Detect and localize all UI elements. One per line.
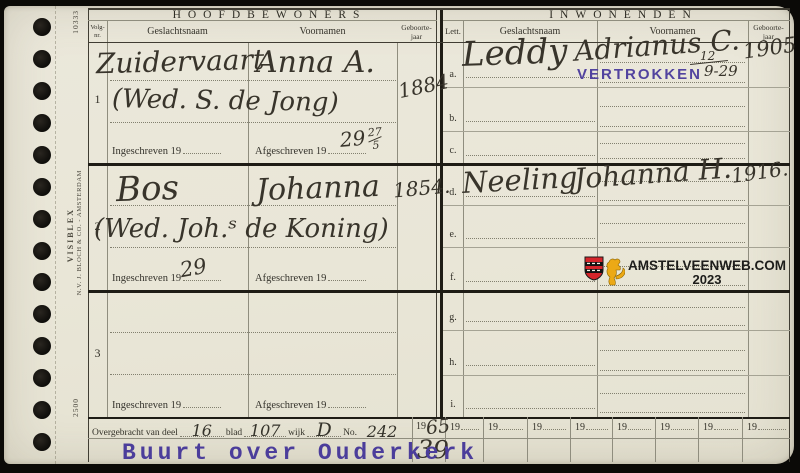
year-prefix: 19 xyxy=(660,422,670,433)
writing-line xyxy=(466,408,595,409)
handwritten-widow-note: (Wed. S. de Jong) xyxy=(112,86,339,116)
writing-line xyxy=(110,122,396,123)
inwonende-row-h: h. xyxy=(443,330,790,375)
year-cell: 19 xyxy=(747,421,786,433)
dotted-blank xyxy=(628,421,651,430)
col-header-lett: Lett. xyxy=(443,24,463,38)
dotted-blank xyxy=(499,421,523,430)
print-code-bottom: 2500 xyxy=(71,398,80,417)
divider xyxy=(698,417,699,462)
divider xyxy=(483,417,484,462)
dotted-blank xyxy=(543,421,566,430)
punch-hole xyxy=(33,178,51,196)
year-prefix: 19 xyxy=(575,422,585,433)
perforation-line xyxy=(55,6,56,464)
handwritten-blad: 107 xyxy=(244,426,286,437)
label-text: Ingeschreven 19 xyxy=(112,400,181,411)
afgeschreven-year: 29 xyxy=(339,126,366,152)
row-letter: i. xyxy=(443,399,463,410)
writing-line xyxy=(110,247,396,248)
divider xyxy=(570,417,571,462)
maker-company-vertical: N.V. J. BLOCH & CO. - AMSTERDAM xyxy=(76,170,83,295)
dotted-blank xyxy=(183,398,221,408)
punch-hole xyxy=(33,114,51,132)
writing-line xyxy=(466,365,595,366)
writing-line xyxy=(600,393,745,394)
handwritten-surname: Bos xyxy=(115,171,179,207)
watermark-site: AMSTELVEENWEB.COM xyxy=(628,259,786,273)
writing-line xyxy=(466,281,595,282)
transfer-label: Overgebracht van deel xyxy=(92,428,178,438)
year-prefix: 19 xyxy=(532,422,542,433)
writing-line xyxy=(466,321,595,322)
row-letter: g. xyxy=(443,312,463,323)
section-title-hoofdbewoners: HOOFDBEWONERS xyxy=(88,8,444,21)
divider xyxy=(527,417,528,462)
vertrokken-stamp: VERTROKKEN xyxy=(577,66,702,83)
writing-line xyxy=(600,370,745,371)
dotted-blank xyxy=(328,271,366,281)
year-prefix: 19 xyxy=(617,422,627,433)
col-header-geboortejaar: Geboorte-jaar xyxy=(397,23,436,41)
writing-line xyxy=(466,238,595,239)
punch-hole xyxy=(33,337,51,355)
hoofdbewoner-row-3: 3 Ingeschreven 19 Afgeschreven 19 xyxy=(88,290,437,417)
label-text: Ingeschreven 19 xyxy=(112,273,181,284)
handwritten-widow-note: (Wed. Joh.ˢ de Koning) xyxy=(94,216,389,242)
handwritten-deel: 16 xyxy=(180,426,224,437)
col-header-voornamen: Voornamen xyxy=(248,24,397,38)
dotted-blank xyxy=(758,421,786,430)
dotted-blank xyxy=(586,421,608,430)
punch-hole xyxy=(33,305,51,323)
handwritten-surname: Leddy xyxy=(461,34,568,72)
afgeschreven-fraction: 275 xyxy=(367,127,383,151)
row-number: 3 xyxy=(88,346,107,361)
handwritten-firstnames: Johanna xyxy=(256,172,381,206)
handwritten-wijk: D xyxy=(307,425,341,437)
year-prefix: 19 xyxy=(488,422,498,433)
year-cell: 19 xyxy=(532,421,566,433)
row-number: 1 xyxy=(88,92,107,107)
year-prefix: 19 xyxy=(703,422,713,433)
label-text: Afgeschreven 19 xyxy=(255,400,326,411)
inwonende-row-e: e. xyxy=(443,205,790,247)
handwritten-surname: Neeling xyxy=(461,163,578,198)
writing-line xyxy=(110,374,396,375)
writing-line xyxy=(110,80,396,81)
writing-line xyxy=(110,332,396,333)
lion-icon xyxy=(601,256,625,286)
inwonende-row-c: c. xyxy=(443,131,790,163)
punch-hole xyxy=(33,433,51,451)
departure-month-year: 9-29 xyxy=(704,64,738,79)
label-text: Ingeschreven 19 xyxy=(112,146,181,157)
fraction-denominator: 5 xyxy=(372,140,380,150)
writing-line xyxy=(600,325,745,326)
dotted-blank xyxy=(671,421,694,430)
afgeschreven-label: Afgeschreven 19 xyxy=(255,271,366,284)
dotted-blank xyxy=(714,421,738,430)
inwonende-row-b: b. xyxy=(443,87,790,131)
writing-line xyxy=(600,242,745,243)
label-text: Afgeschreven 19 xyxy=(255,146,326,157)
year-prefix: 19 xyxy=(450,422,460,433)
section-title-inwonenden: INWONENDEN xyxy=(443,8,797,21)
departure-day: 12 xyxy=(700,50,715,62)
row-letter: f. xyxy=(443,272,463,283)
afgeschreven-label: Afgeschreven 19 xyxy=(255,398,366,411)
punch-hole xyxy=(33,401,51,419)
row-letter: e. xyxy=(443,229,463,240)
year-prefix: 19 xyxy=(747,422,757,433)
writing-line xyxy=(466,77,595,78)
col-header-geslachtsnaam: Geslachtsnaam xyxy=(107,24,248,38)
handwritten-ingeschreven-year: 29 xyxy=(178,256,208,281)
label-text: Afgeschreven 19 xyxy=(255,273,326,284)
divider xyxy=(742,417,743,462)
punch-hole xyxy=(33,369,51,387)
scanned-register-card: { "colors":{"paper":"#eae7d9","ink":"#38… xyxy=(0,0,800,473)
transfer-row: Overgebracht van deel 16 blad 107 wijk D… xyxy=(92,420,410,438)
blad-label: blad xyxy=(226,428,242,438)
handwritten-birthyear: 1854. xyxy=(392,176,451,201)
print-code-top: 10333 xyxy=(71,10,80,34)
row-letter: b. xyxy=(443,113,463,124)
writing-line xyxy=(600,412,745,413)
handwritten-afgeschreven-date: 29275 xyxy=(339,126,383,153)
punch-hole xyxy=(33,82,51,100)
watermark: AMSTELVEENWEB.COM 2023 xyxy=(584,256,786,287)
dotted-blank xyxy=(183,144,221,154)
writing-line xyxy=(600,307,745,308)
year-cell: 19 xyxy=(450,421,479,433)
inwonende-row-i: i. xyxy=(443,375,790,417)
year-cell: 19 xyxy=(575,421,608,433)
maker-name-vertical: VISIBLEX xyxy=(66,208,75,262)
year-cell: 19 xyxy=(488,421,523,433)
writing-line xyxy=(600,143,745,144)
writing-line xyxy=(600,126,745,127)
wijk-label: wijk xyxy=(288,428,305,438)
handwritten-surname: Zuidervaart xyxy=(96,46,265,78)
punch-hole xyxy=(33,242,51,260)
punch-hole xyxy=(33,50,51,68)
writing-line xyxy=(466,155,595,156)
row-letter: c. xyxy=(443,145,463,156)
buurt-stamp: Buurt over Ouderkerk xyxy=(122,440,478,466)
divider xyxy=(655,417,656,462)
handwritten-no: 242 xyxy=(359,427,405,437)
punch-hole xyxy=(33,210,51,228)
dotted-blank xyxy=(461,421,479,430)
writing-line xyxy=(600,106,745,107)
year-cell: 19 xyxy=(703,421,738,433)
punch-hole xyxy=(33,146,51,164)
watermark-year: 2023 xyxy=(628,273,786,287)
handwritten-firstnames: Anna A. xyxy=(256,48,375,78)
ingeschreven-label: Ingeschreven 19 xyxy=(112,144,221,157)
col-header-volgnr: Volg-nr. xyxy=(88,23,107,41)
no-label: No. xyxy=(343,428,357,438)
punch-hole xyxy=(33,18,51,36)
writing-line xyxy=(466,121,595,122)
year-cell: 19 xyxy=(617,421,651,433)
divider xyxy=(612,417,613,462)
writing-line xyxy=(600,200,745,201)
writing-line xyxy=(600,223,745,224)
year-cell: 19 xyxy=(660,421,694,433)
dotted-blank xyxy=(328,398,366,408)
row-letter: h. xyxy=(443,357,463,368)
handwritten-departure-date: 12 9-29 xyxy=(690,50,738,79)
ingeschreven-label: Ingeschreven 19 xyxy=(112,398,221,411)
writing-line xyxy=(600,350,745,351)
inwonende-row-g: g. xyxy=(443,290,790,330)
punch-hole xyxy=(33,273,51,291)
